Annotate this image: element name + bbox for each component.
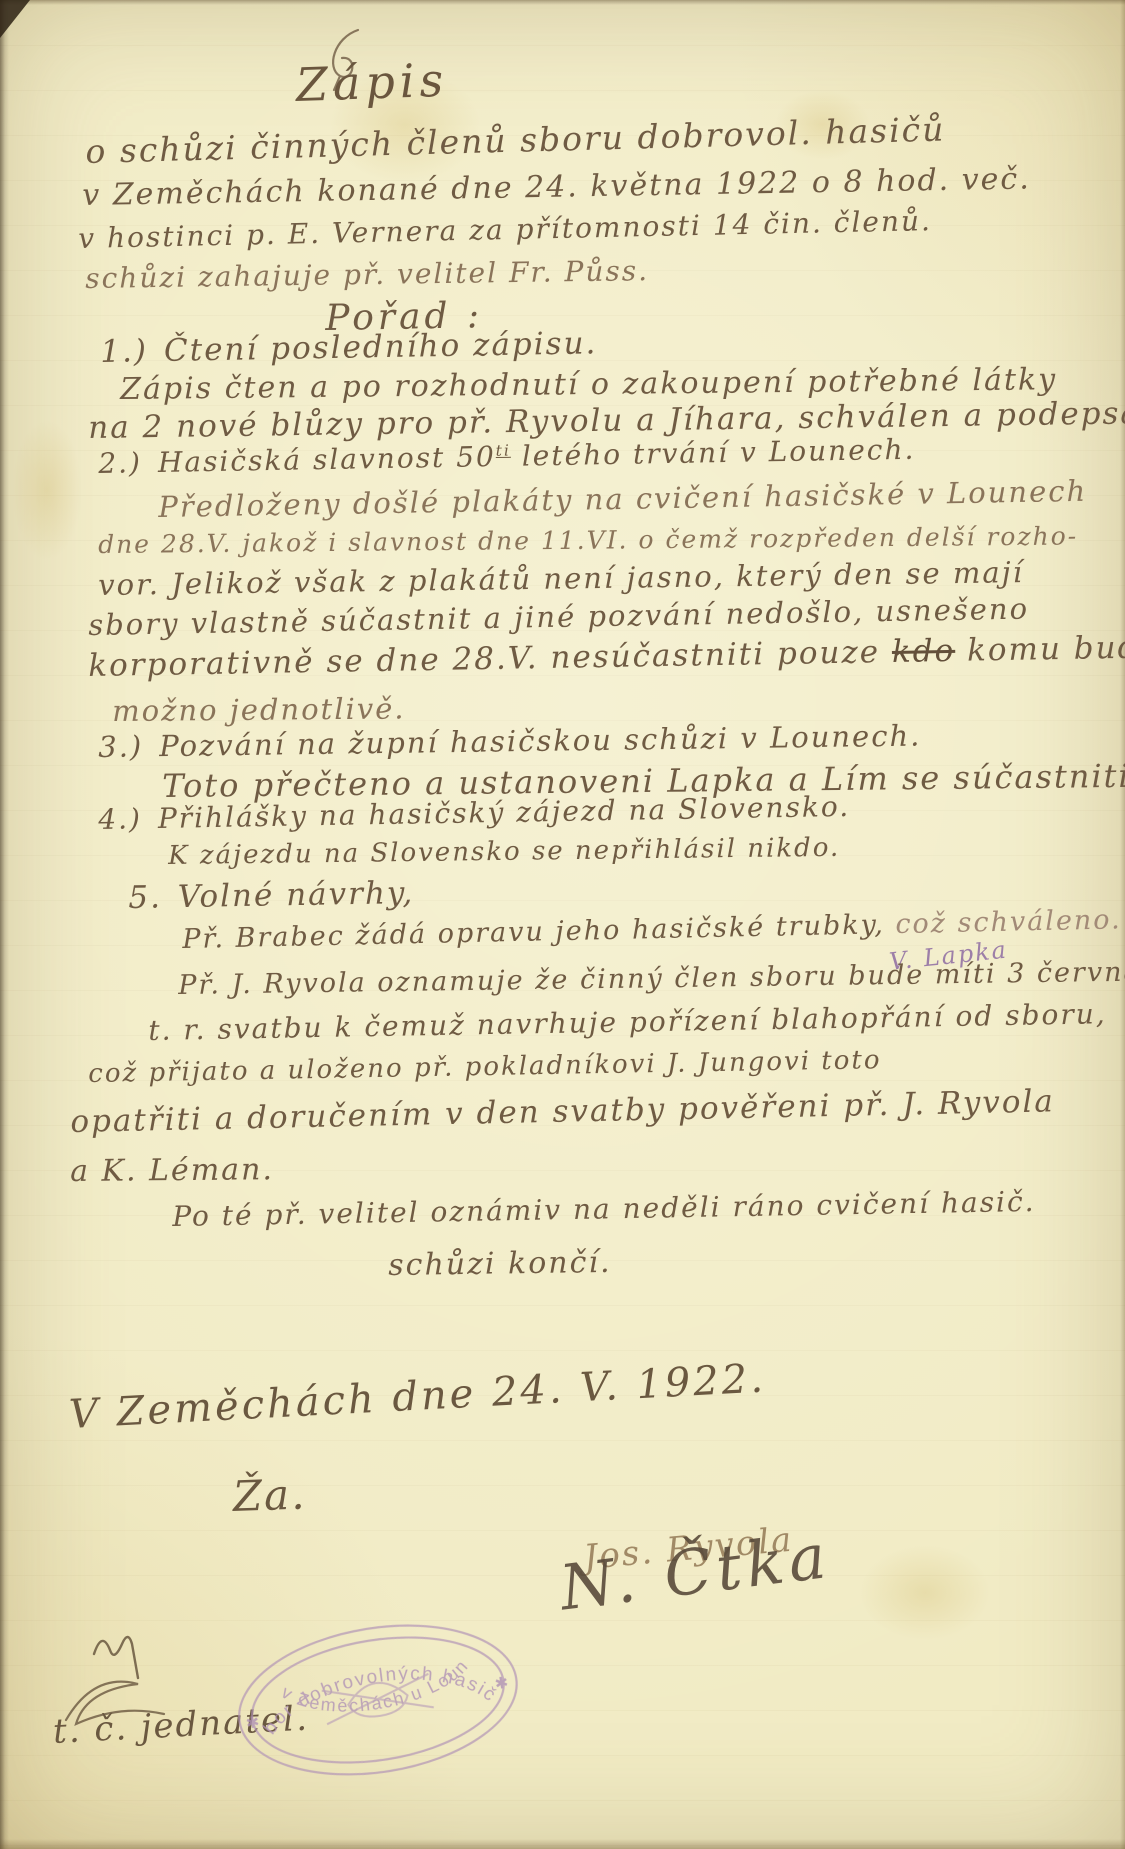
paper-stain [860, 1545, 990, 1640]
item-2-body-5-struck-word: kdo [892, 633, 956, 670]
agenda-item-2-number: 2.) [98, 446, 142, 480]
item-5-body-5: opatřiti a doručením v den svatby pověře… [70, 1083, 1055, 1140]
paper-stain [12, 420, 82, 560]
agenda-item-1-title-line: 1.)Čtení posledního zápisu. [100, 325, 598, 370]
item-4-body-1: K zájezdu na Slovensko se nepřihlásil ni… [168, 833, 840, 871]
item-5-body-6: a K. Léman. [70, 1152, 274, 1189]
item-5-body-1-approved-note: což schváleno. [895, 904, 1122, 940]
page-binding-shadow [0, 0, 9, 1849]
dateline: V Zeměchách dne 24. V. 1922. [68, 1355, 767, 1437]
agenda-item-4-number: 4.) [98, 802, 142, 836]
page-edge-top [0, 0, 1125, 5]
agenda-item-1-title: Čtení posledního zápisu. [164, 325, 598, 369]
intro-line-4: schůzi zahajuje př. velitel Fr. Půss. [85, 254, 649, 295]
item-5-body-3: t. r. svatbu k čemuž navrhuje pořízení b… [148, 997, 1107, 1047]
agenda-item-1-number: 1.) [100, 333, 148, 370]
clerk-mark: Ža. [232, 1469, 307, 1521]
agenda-item-5-title-line: 5.Volné návrhy, [128, 875, 414, 916]
item-5-body-7: Po té př. velitel oznámiv na neděli ráno… [172, 1185, 1036, 1233]
rubber-stamp: Sbor dobrovolných hasičů v Zeměchách u L… [217, 1596, 539, 1806]
agenda-item-2-title-superscript: ti [496, 441, 511, 459]
signature-secretary: N. Čtka [556, 1519, 834, 1625]
stamp-star-left: ✱ [244, 1712, 260, 1733]
scanned-minutes-page: Zápis o schůzi činných členů sboru dobro… [0, 0, 1125, 1849]
document-title: Zápis [295, 53, 449, 112]
stamp-star-right: ✱ [493, 1673, 509, 1694]
page-edge-bottom [0, 1839, 1125, 1849]
agenda-item-2-title-post: letého trvání v Lounech. [511, 433, 916, 473]
item-2-body-2: dne 28.V. jakož i slavnost dne 11.VI. o … [98, 521, 1078, 559]
agenda-item-5-title: Volné návrhy, [178, 875, 415, 915]
agenda-item-3-number: 3.) [98, 729, 143, 764]
item-2-body-6: možno jednotlivě. [112, 691, 406, 728]
agenda-item-2-title-pre: Hasičská slavnost 50 [158, 440, 496, 479]
item-2-body-1: Předloženy došlé plakáty na cvičení hasi… [158, 474, 1087, 524]
item-5-body-1-pre: Př. Brabec žádá opravu jeho hasičské tru… [182, 909, 896, 955]
photo-backdrop-corner [0, 0, 30, 38]
item-5-body-8: schůzi končí. [388, 1245, 612, 1283]
item-5-body-2: Př. J. Ryvola oznamuje že činný člen sbo… [178, 957, 1125, 1001]
agenda-item-5-number: 5. [128, 879, 162, 916]
intro-line-1: o schůzi činných členů sboru dobrovol. h… [85, 109, 946, 171]
item-5-body-4: což přijato a uloženo př. pokladníkovi J… [88, 1045, 882, 1089]
item-2-body-5-pre: korporativně se dne 28.V. nesúčastniti p… [88, 634, 892, 684]
intro-line-3: v hostinci p. E. Vernera za přítomnosti … [78, 204, 932, 255]
item-2-body-5-post: komu bude [955, 629, 1125, 669]
